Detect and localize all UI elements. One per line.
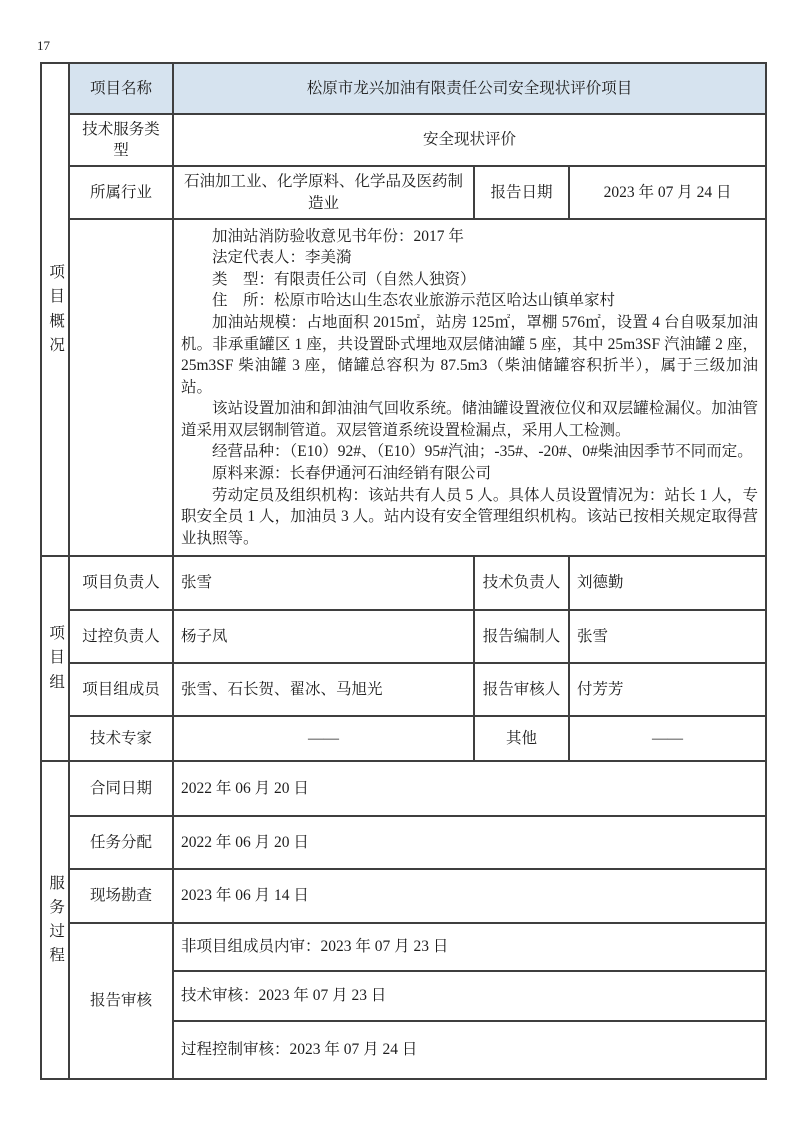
process-control-leader-value: 杨子凤 xyxy=(173,610,474,663)
industry-label: 所属行业 xyxy=(69,166,173,219)
overview-paragraph: 法定代表人：李美漪 xyxy=(181,247,758,269)
tech-expert-label: 技术专家 xyxy=(69,716,173,761)
tech-leader-label: 技术负责人 xyxy=(474,556,569,610)
overview-content: 加油站消防验收意见书年份：2017 年 法定代表人：李美漪 类 型：有限责任公司… xyxy=(173,219,766,556)
overview-paragraph: 该站设置加油和卸油油气回收系统。储油罐设置液位仪和双层罐检漏仪。加油管道采用双层… xyxy=(181,398,758,441)
project-name-label: 项目名称 xyxy=(69,63,173,114)
tech-leader-value: 刘德勤 xyxy=(569,556,766,610)
row-project-leader: 项目组 项目负责人 张雪 技术负责人 刘德勤 xyxy=(41,556,766,610)
report-reviewer-label: 报告审核人 xyxy=(474,663,569,716)
report-review-internal-value: 非项目组成员内审：2023 年 07 月 23 日 xyxy=(173,923,766,971)
row-team-members: 项目组成员 张雪、石长贺、翟冰、马旭光 报告审核人 付芳芳 xyxy=(41,663,766,716)
service-type-label: 技术服务类型 xyxy=(69,114,173,166)
project-leader-label: 项目负责人 xyxy=(69,556,173,610)
row-process-control-leader: 过控负责人 杨子凤 报告编制人 张雪 xyxy=(41,610,766,663)
row-service-type: 技术服务类型 安全现状评价 xyxy=(41,114,766,166)
site-survey-label: 现场勘查 xyxy=(69,869,173,923)
side-label-text: 项目概况 xyxy=(49,261,65,357)
team-members-label: 项目组成员 xyxy=(69,663,173,716)
other-value: —— xyxy=(569,716,766,761)
row-report-review-internal: 报告审核 非项目组成员内审：2023 年 07 月 23 日 xyxy=(41,923,766,971)
row-tech-expert: 技术专家 —— 其他 —— xyxy=(41,716,766,761)
overview-paragraph: 原料来源：长春伊通河石油经销有限公司 xyxy=(181,463,758,485)
side-label-text: 项目组 xyxy=(49,622,65,694)
document-page: 17 项目概况 项目名称 松原市龙兴加油有限责任公司安全现状评价项目 技术服务类… xyxy=(0,0,803,1135)
report-date-value: 2023 年 07 月 24 日 xyxy=(569,166,766,219)
task-assignment-label: 任务分配 xyxy=(69,816,173,869)
report-review-technical-value: 技术审核：2023 年 07 月 23 日 xyxy=(173,971,766,1021)
industry-value: 石油加工业、化学原料、化学品及医药制造业 xyxy=(173,166,474,219)
project-name-value: 松原市龙兴加油有限责任公司安全现状评价项目 xyxy=(173,63,766,114)
other-label: 其他 xyxy=(474,716,569,761)
team-members-value: 张雪、石长贺、翟冰、马旭光 xyxy=(173,663,474,716)
row-industry: 所属行业 石油加工业、化学原料、化学品及医药制造业 报告日期 2023 年 07… xyxy=(41,166,766,219)
report-review-label: 报告审核 xyxy=(69,923,173,1079)
overview-paragraph: 经营品种：（E10）92#、（E10）95#汽油；-35#、-20#、0#柴油因… xyxy=(181,441,758,463)
overview-paragraph: 加油站规模：占地面积 2015㎡，站房 125㎡，罩棚 576㎡，设置 4 台自… xyxy=(181,312,758,398)
side-label-project-team: 项目组 xyxy=(41,556,69,761)
report-review-process-control-value: 过程控制审核：2023 年 07 月 24 日 xyxy=(173,1021,766,1079)
row-project-name: 项目概况 项目名称 松原市龙兴加油有限责任公司安全现状评价项目 xyxy=(41,63,766,114)
contract-date-label: 合同日期 xyxy=(69,761,173,816)
report-writer-label: 报告编制人 xyxy=(474,610,569,663)
report-reviewer-value: 付芳芳 xyxy=(569,663,766,716)
project-summary-table: 项目概况 项目名称 松原市龙兴加油有限责任公司安全现状评价项目 技术服务类型 安… xyxy=(40,62,767,1080)
overview-paragraph: 加油站消防验收意见书年份：2017 年 xyxy=(181,226,758,248)
report-writer-value: 张雪 xyxy=(569,610,766,663)
overview-paragraph: 类 型：有限责任公司（自然人独资） xyxy=(181,269,758,291)
side-label-project-overview: 项目概况 xyxy=(41,63,69,556)
task-assignment-value: 2022 年 06 月 20 日 xyxy=(173,816,766,869)
overview-paragraph: 住 所：松原市哈达山生态农业旅游示范区哈达山镇单家村 xyxy=(181,290,758,312)
overview-paragraph: 劳动定员及组织机构：该站共有人员 5 人。具体人员设置情况为：站长 1 人，专职… xyxy=(181,485,758,550)
side-label-text: 服务过程 xyxy=(49,872,65,968)
site-survey-value: 2023 年 06 月 14 日 xyxy=(173,869,766,923)
row-overview: 加油站消防验收意见书年份：2017 年 法定代表人：李美漪 类 型：有限责任公司… xyxy=(41,219,766,556)
process-control-leader-label: 过控负责人 xyxy=(69,610,173,663)
report-date-label: 报告日期 xyxy=(474,166,569,219)
page-number: 17 xyxy=(37,38,50,54)
tech-expert-value: —— xyxy=(173,716,474,761)
contract-date-value: 2022 年 06 月 20 日 xyxy=(173,761,766,816)
row-task-assignment: 任务分配 2022 年 06 月 20 日 xyxy=(41,816,766,869)
side-label-service-process: 服务过程 xyxy=(41,761,69,1079)
project-leader-value: 张雪 xyxy=(173,556,474,610)
row-contract-date: 服务过程 合同日期 2022 年 06 月 20 日 xyxy=(41,761,766,816)
service-type-value: 安全现状评价 xyxy=(173,114,766,166)
row-site-survey: 现场勘查 2023 年 06 月 14 日 xyxy=(41,869,766,923)
overview-empty-cell xyxy=(69,219,173,556)
